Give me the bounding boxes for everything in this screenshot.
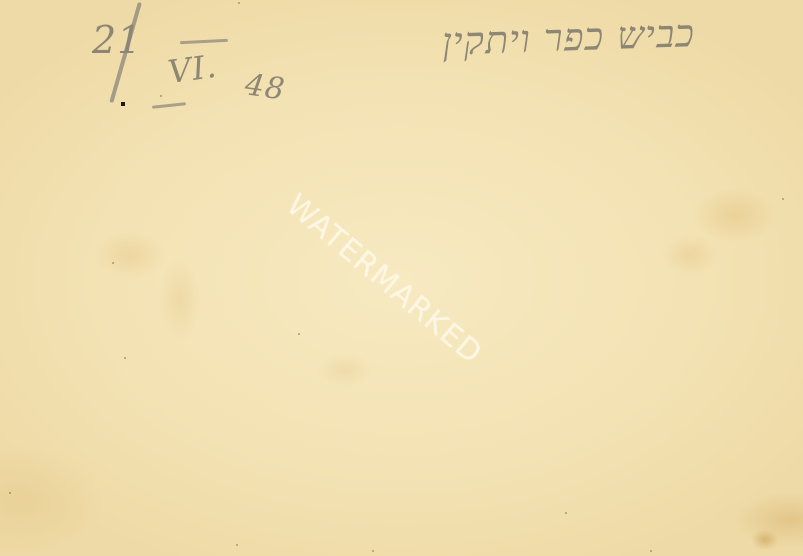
ink-dot-mark (121, 102, 125, 106)
handwritten-caption-hebrew: כביש כפר ויתקין (294, 11, 695, 70)
month-underline-stroke (152, 102, 186, 109)
photo-card-back: כביש כפר ויתקין 21 VI. 48 WATERMARKED (0, 0, 803, 556)
paper-speck (782, 198, 784, 200)
month-overline-stroke (180, 39, 228, 45)
paper-speck (236, 544, 238, 546)
handwritten-date-month: VI. (166, 47, 220, 91)
paper-speck (112, 262, 114, 264)
paper-speck (9, 492, 11, 494)
handwritten-date-year: 48 (243, 67, 288, 107)
paper-speck (298, 333, 300, 335)
paper-speck (650, 550, 652, 552)
paper-speck (124, 357, 126, 359)
paper-speck (160, 95, 162, 97)
watermark-overlay: WATERMARKED (279, 188, 489, 372)
paper-speck (238, 2, 240, 4)
paper-speck (565, 512, 567, 514)
paper-speck (372, 550, 374, 552)
